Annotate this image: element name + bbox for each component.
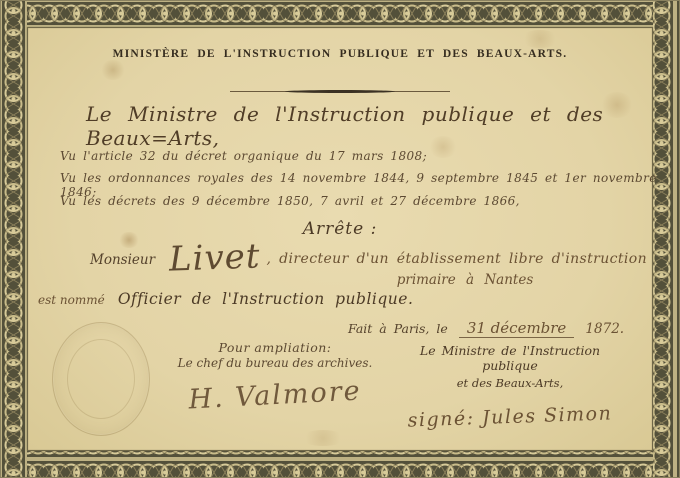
minister-title-line1: Le Ministre de l'Instruction publique: [390, 343, 630, 373]
document-title: Le Ministre de l'Instruction publique et…: [86, 102, 646, 150]
recital-line: Vu l'article 32 du décret organique du 1…: [60, 149, 427, 163]
minister-title-line2: et des Beaux-Arts,: [390, 376, 630, 390]
certificate-document: MINISTÈRE DE L'INSTRUCTION PUBLIQUE ET D…: [0, 0, 680, 478]
embossed-seal-icon: [52, 322, 150, 436]
dateline-prefix: Fait à Paris, le: [348, 321, 448, 336]
recital-line: Vu les décrets des 9 décembre 1850, 7 av…: [60, 194, 520, 208]
awarded-title: Officier de l'Instruction publique.: [118, 290, 414, 308]
minister-block: Le Ministre de l'Instruction publique et…: [390, 343, 630, 428]
ampliation-block: Pour ampliation: Le chef du bureau des a…: [150, 340, 400, 411]
ministry-letterhead: MINISTÈRE DE L'INSTRUCTION PUBLIQUE ET D…: [0, 48, 680, 60]
dateline-year: 1872.: [585, 321, 624, 337]
dateline: Fait à Paris, le 31 décembre 1872.: [348, 318, 624, 337]
paper-stain: [100, 60, 126, 80]
divider-lens: [285, 90, 395, 93]
archives-chief-signature: H. Valmore: [149, 373, 400, 417]
nomination-line: est nommé Officier de l'Instruction publ…: [38, 289, 413, 308]
minister-signature: signé: Jules Simon: [390, 402, 631, 432]
certificate-content: MINISTÈRE DE L'INSTRUCTION PUBLIQUE ET D…: [0, 0, 680, 478]
embossed-seal-inner-ring: [67, 339, 135, 419]
paper-stain: [520, 30, 560, 48]
ampliation-label: Pour ampliation:: [150, 340, 400, 355]
recipient-role: , directeur d'un établissement libre d'i…: [266, 251, 647, 273]
salutation: Monsieur: [90, 252, 155, 273]
archives-chief-label: Le chef du bureau des archives.: [150, 356, 400, 370]
recipient-role-continued: primaire à Nantes: [330, 272, 600, 288]
decree-word: Arrête :: [0, 219, 680, 239]
recipient-name-handwritten: Livet: [169, 241, 261, 274]
nomination-prefix: est nommé: [38, 293, 105, 307]
paper-stain: [300, 430, 346, 446]
appointment-line: Monsieur Livet , directeur d'un établiss…: [90, 243, 650, 273]
tapered-rule-divider: [230, 89, 450, 94]
dateline-handwritten-date: 31 décembre: [459, 319, 575, 338]
